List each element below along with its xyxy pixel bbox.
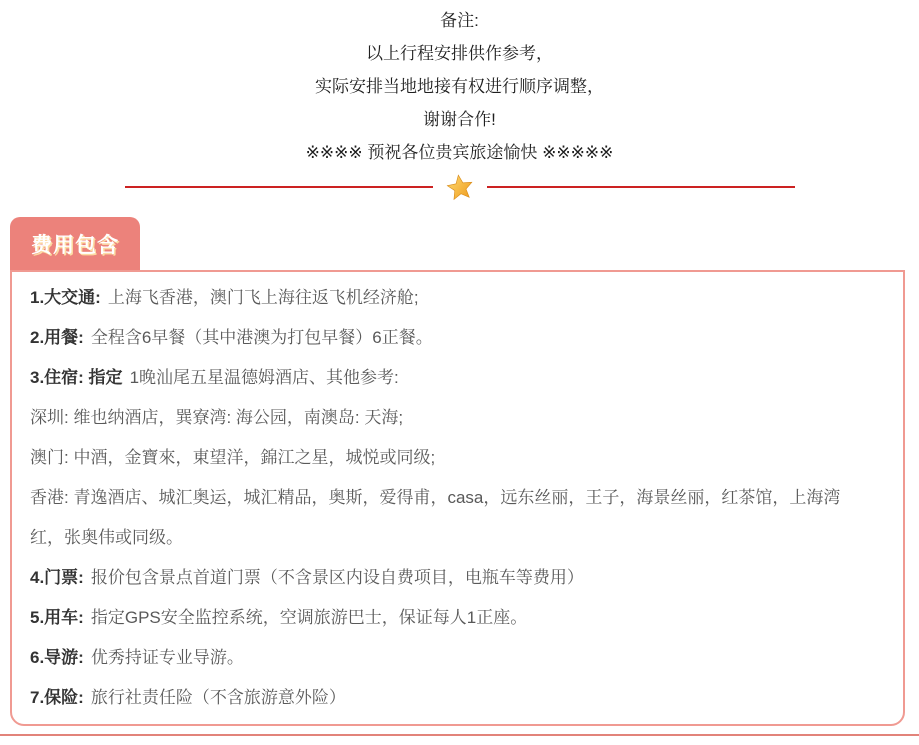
- cost-item-insurance: 7.保险:旅行社责任险（不含旅游意外险）: [30, 678, 885, 718]
- itinerary-page: 备注: 以上行程安排供作参考， 实际安排当地地接有权进行顺序调整， 谢谢合作! …: [0, 0, 919, 745]
- cost-item-text: 优秀持证专业导游。: [91, 648, 244, 667]
- cost-item-tickets: 4.门票:报价包含景点首道门票（不含景区内设自费项目，电瓶车等费用）: [30, 558, 885, 598]
- cost-item-label: 4.门票:: [30, 568, 84, 587]
- cost-item-text: 澳门: 中酒，金寶來，東望洋，錦江之星，城悦或同级;: [30, 448, 435, 467]
- divider-line-right: [487, 186, 795, 188]
- cost-item-hotel-macau: 澳门: 中酒，金寶來，東望洋，錦江之星，城悦或同级;: [30, 438, 885, 478]
- cost-item-label: 1.大交通:: [30, 288, 101, 307]
- cost-item-text: 香港: 青逸酒店、城汇奥运，城汇精品，奥斯，爱得甫，casa，远东丝丽，王子，海…: [30, 488, 840, 507]
- cost-item-text: 1晚汕尾五星温德姆酒店、其他参考:: [130, 368, 399, 387]
- cost-item-text: 报价包含景点首道门票（不含景区内设自费项目，电瓶车等费用）: [91, 568, 584, 587]
- cost-item-text: 全程含6早餐（其中港澳为打包早餐）6正餐。: [91, 328, 433, 347]
- remarks-line: 以上行程安排供作参考，: [0, 37, 919, 70]
- bottom-border-line: [0, 734, 919, 736]
- cost-item-label: 3.住宿: 指定: [30, 368, 123, 387]
- remarks-wish-line: ※※※※ 预祝各位贵宾旅途愉快 ※※※※※: [0, 136, 919, 169]
- cost-include-box: 1.大交通:上海飞香港，澳门飞上海往返飞机经济舱; 2.用餐:全程含6早餐（其中…: [10, 270, 905, 726]
- cost-item-label: 7.保险:: [30, 688, 84, 707]
- cost-item-text: 指定GPS安全监控系统，空调旅游巴士，保证每人1正座。: [91, 608, 527, 627]
- cost-item-guide: 6.导游:优秀持证专业导游。: [30, 638, 885, 678]
- divider-line-left: [125, 186, 433, 188]
- cost-item-bus: 5.用车:指定GPS安全监控系统，空调旅游巴士，保证每人1正座。: [30, 598, 885, 638]
- cost-item-label: 6.导游:: [30, 648, 84, 667]
- cost-item-text: 旅行社责任险（不含旅游意外险）: [91, 688, 346, 707]
- cost-item-text: 上海飞香港，澳门飞上海往返飞机经济舱;: [108, 288, 419, 307]
- cost-item-hotel-shenzhen: 深圳: 维也纳酒店，巽寮湾: 海公园，南澳岛: 天海;: [30, 398, 885, 438]
- remarks-line: 谢谢合作!: [0, 103, 919, 136]
- cost-item-text: 深圳: 维也纳酒店，巽寮湾: 海公园，南澳岛: 天海;: [30, 408, 403, 427]
- star-icon: [445, 172, 474, 201]
- cost-item-hotel: 3.住宿: 指定1晚汕尾五星温德姆酒店、其他参考:: [30, 358, 885, 398]
- cost-item-hotel-hongkong: 香港: 青逸酒店、城汇奥运，城汇精品，奥斯，爱得甫，casa，远东丝丽，王子，海…: [30, 478, 885, 518]
- remarks-block: 备注: 以上行程安排供作参考， 实际安排当地地接有权进行顺序调整， 谢谢合作! …: [0, 0, 919, 169]
- cost-item-label: 5.用车:: [30, 608, 84, 627]
- cost-include-tab-label: 费用包含: [31, 229, 119, 259]
- cost-item-meals: 2.用餐:全程含6早餐（其中港澳为打包早餐）6正餐。: [30, 318, 885, 358]
- cost-item-hotel-hongkong-cont: 红，张奥伟或同级。: [30, 518, 885, 558]
- remarks-title: 备注:: [0, 4, 919, 37]
- cost-include-tab: 费用包含: [10, 217, 140, 270]
- cost-item-text: 红，张奥伟或同级。: [30, 528, 183, 547]
- cost-item-transport: 1.大交通:上海飞香港，澳门飞上海往返飞机经济舱;: [30, 278, 885, 318]
- remarks-line: 实际安排当地地接有权进行顺序调整，: [0, 70, 919, 103]
- cost-item-label: 2.用餐:: [30, 328, 84, 347]
- section-divider: [0, 174, 919, 200]
